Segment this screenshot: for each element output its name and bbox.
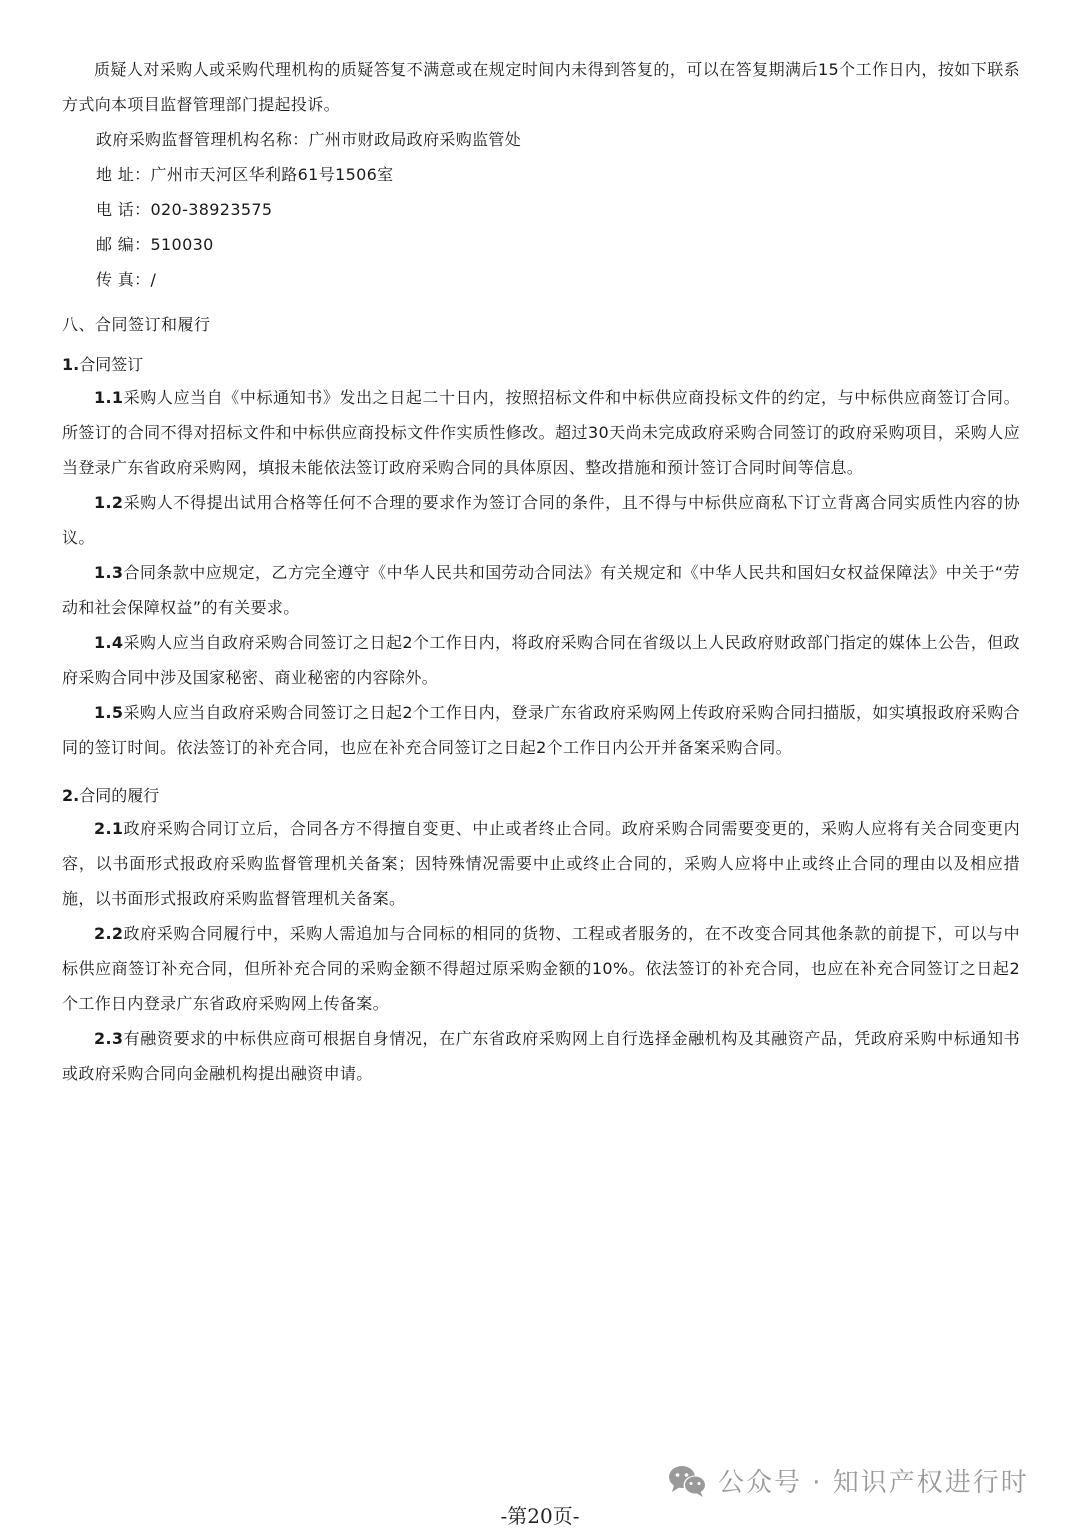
clause-1-3: 1.3合同条款中应规定，乙方完全遵守《中华人民共和国劳动合同法》有关规定和《中华… xyxy=(62,555,1020,625)
subsection-number: 1. xyxy=(62,355,79,374)
clause-text: 合同条款中应规定，乙方完全遵守《中华人民共和国劳动合同法》有关规定和《中华人民共… xyxy=(62,563,1020,617)
clause-2-2: 2.2政府采购合同履行中，采购人需追加与合同标的相同的货物、工程或者服务的，在不… xyxy=(62,916,1020,1021)
contact-phone: 电 话：020-38923575 xyxy=(62,192,1020,227)
clause-number: 2.1 xyxy=(94,819,123,838)
contact-agency: 政府采购监督管理机构名称：广州市财政局政府采购监管处 xyxy=(62,122,1020,157)
clause-1-5: 1.5采购人应当自政府采购合同签订之日起2个工作日内，登录广东省政府采购网上传政… xyxy=(62,695,1020,765)
clause-text: 政府采购合同订立后，合同各方不得擅自变更、中止或者终止合同。政府采购合同需要变更… xyxy=(62,819,1020,908)
contact-block: 政府采购监督管理机构名称：广州市财政局政府采购监管处 地 址：广州市天河区华利路… xyxy=(62,122,1020,297)
address-label: 地 址： xyxy=(96,165,151,184)
clause-1-1: 1.1采购人应当自《中标通知书》发出之日起二十日内，按照招标文件和中标供应商投标… xyxy=(62,380,1020,485)
clause-text: 采购人应当自政府采购合同签订之日起2个工作日内，登录广东省政府采购网上传政府采购… xyxy=(62,703,1020,757)
subsection-contract-performance: 2.合同的履行 2.1政府采购合同订立后，合同各方不得擅自变更、中止或者终止合同… xyxy=(62,781,1020,1091)
clause-number: 1.1 xyxy=(94,388,123,407)
postcode-value: 510030 xyxy=(151,235,214,254)
clause-text: 采购人不得提出试用合格等任何不合理的要求作为签订合同的条件，且不得与中标供应商私… xyxy=(62,493,1020,547)
clause-text: 政府采购合同履行中，采购人需追加与合同标的相同的货物、工程或者服务的，在不改变合… xyxy=(62,924,1020,1013)
clause-1-4: 1.4采购人应当自政府采购合同签订之日起2个工作日内，将政府采购合同在省级以上人… xyxy=(62,625,1020,695)
subsection-number: 2. xyxy=(62,786,79,805)
phone-label: 电 话： xyxy=(96,200,151,219)
address-value: 广州市天河区华利路61号1506室 xyxy=(151,165,394,184)
clause-number: 1.3 xyxy=(94,563,123,582)
contact-fax: 传 真：/ xyxy=(62,262,1020,297)
fax-label: 传 真： xyxy=(96,270,151,289)
subsection-title: 合同的履行 xyxy=(79,786,159,805)
agency-label: 政府采购监督管理机构名称： xyxy=(96,130,309,149)
agency-value: 广州市财政局政府采购监管处 xyxy=(309,130,522,149)
watermark-text: 公众号 · 知识产权进行时 xyxy=(718,1462,1029,1499)
clause-text: 有融资要求的中标供应商可根据自身情况，在广东省政府采购网上自行选择金融机构及其融… xyxy=(62,1029,1020,1083)
spacer xyxy=(62,765,1020,775)
clause-number: 1.2 xyxy=(94,493,123,512)
document-page: 质疑人对采购人或采购代理机构的质疑答复不满意或在规定时间内未得到答复的，可以在答… xyxy=(62,52,1020,1091)
contact-address: 地 址：广州市天河区华利路61号1506室 xyxy=(62,157,1020,192)
complaint-paragraph: 质疑人对采购人或采购代理机构的质疑答复不满意或在规定时间内未得到答复的，可以在答… xyxy=(62,52,1020,122)
fax-value: / xyxy=(151,270,157,289)
subsection-title: 合同签订 xyxy=(79,355,143,374)
phone-value: 020-38923575 xyxy=(151,200,273,219)
watermark: 公众号 · 知识产权进行时 xyxy=(668,1462,1029,1499)
clause-number: 2.2 xyxy=(94,924,123,943)
subsection-heading: 2.合同的履行 xyxy=(62,781,1020,811)
page-number: -第20页- xyxy=(0,1500,1080,1528)
clause-number: 2.3 xyxy=(94,1029,123,1048)
subsection-heading: 1.合同签订 xyxy=(62,350,1020,380)
clause-2-1: 2.1政府采购合同订立后，合同各方不得擅自变更、中止或者终止合同。政府采购合同需… xyxy=(62,811,1020,916)
wechat-icon xyxy=(668,1464,708,1498)
contact-postcode: 邮 编：510030 xyxy=(62,227,1020,262)
clause-number: 1.5 xyxy=(94,703,123,722)
clause-text: 采购人应当自《中标通知书》发出之日起二十日内，按照招标文件和中标供应商投标文件的… xyxy=(62,388,1020,477)
clause-text: 采购人应当自政府采购合同签订之日起2个工作日内，将政府采购合同在省级以上人民政府… xyxy=(62,633,1020,687)
postcode-label: 邮 编： xyxy=(96,235,151,254)
clause-2-3: 2.3有融资要求的中标供应商可根据自身情况，在广东省政府采购网上自行选择金融机构… xyxy=(62,1021,1020,1091)
subsection-contract-signing: 1.合同签订 1.1采购人应当自《中标通知书》发出之日起二十日内，按照招标文件和… xyxy=(62,350,1020,765)
clause-number: 1.4 xyxy=(94,633,123,652)
section-title: 八、合同签订和履行 xyxy=(62,307,1020,342)
clause-1-2: 1.2采购人不得提出试用合格等任何不合理的要求作为签订合同的条件，且不得与中标供… xyxy=(62,485,1020,555)
